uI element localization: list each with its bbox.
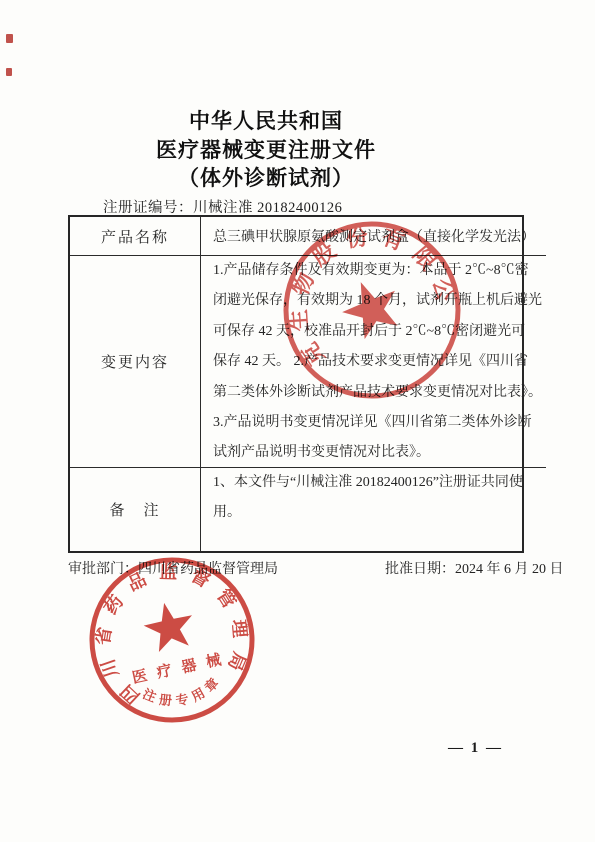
change-content-line: 闭避光保存，有效期为 18 个月，试剂开瓶上机后避光 xyxy=(213,286,542,316)
red-scan-mark xyxy=(6,68,12,76)
red-scan-mark xyxy=(6,34,13,43)
remarks-line: 1、本文件与“川械注准 20182400126”注册证共同使 xyxy=(213,468,542,498)
page-number: — 1 — xyxy=(448,740,503,757)
change-content-line: 试剂产品说明书变更情况对比表》。 xyxy=(213,438,542,468)
registration-table: 产品名称 总三碘甲状腺原氨酸测定试剂盒（直接化学发光法） 变更内容 1.产品储存… xyxy=(68,215,524,553)
remarks-value: 1、本文件与“川械注准 20182400126”注册证共同使 用。 xyxy=(200,467,546,551)
document-title: 中华人民共和国 医疗器械变更注册文件 （体外诊断试剂） xyxy=(0,108,532,194)
change-content-line: 3.产品说明书变更情况详见《四川省第二类体外诊断 xyxy=(213,408,542,438)
title-line-country: 中华人民共和国 xyxy=(0,108,532,137)
star-icon xyxy=(140,598,198,654)
registration-seal-purpose-label: 注册专用章 xyxy=(138,670,228,716)
product-name-text: 总三碘甲状腺原氨酸测定试剂盒（直接化学发光法） xyxy=(213,226,535,246)
registration-number: 注册证编号：川械注准 20182400126 xyxy=(103,196,342,217)
change-content-value: 1.产品储存条件及有效期变更为：本品于 2℃~8℃密 闭避光保存，有效期为 18… xyxy=(200,255,546,467)
change-content-line: 1.产品储存条件及有效期变更为：本品于 2℃~8℃密 xyxy=(213,256,542,286)
registration-seal-device-label: 医 疗 器 械 xyxy=(130,650,225,687)
row-label-change-content: 变更内容 xyxy=(70,255,200,467)
approval-department: 审批部门：四川省药品监督管理局 xyxy=(68,558,278,578)
row-label-remarks: 备 注 xyxy=(70,467,200,551)
title-line-doc-type: 医疗器械变更注册文件 xyxy=(0,137,532,166)
change-content-line: 可保存 42 天，校准品开封后于 2℃~8℃密闭避光可 xyxy=(213,317,542,347)
product-name-value: 总三碘甲状腺原氨酸测定试剂盒（直接化学发光法） xyxy=(200,217,546,255)
change-content-line: 保存 42 天。 2.产品技术要求变更情况详见《四川省 xyxy=(213,347,542,377)
change-content-line: 第二类体外诊断试剂产品技术要求变更情况对比表》。 xyxy=(213,378,542,408)
approval-date: 批准日期：2024 年 6 月 20 日 xyxy=(385,558,564,578)
remarks-line: 用。 xyxy=(213,498,542,528)
title-line-category: （体外诊断试剂） xyxy=(0,165,532,194)
scanned-document-page: { "document": { "title_lines": [ "中华人民共和… xyxy=(0,0,595,842)
row-label-product-name: 产品名称 xyxy=(70,217,200,255)
registration-seal-purpose-textpath: 注册专用章 xyxy=(138,670,228,716)
